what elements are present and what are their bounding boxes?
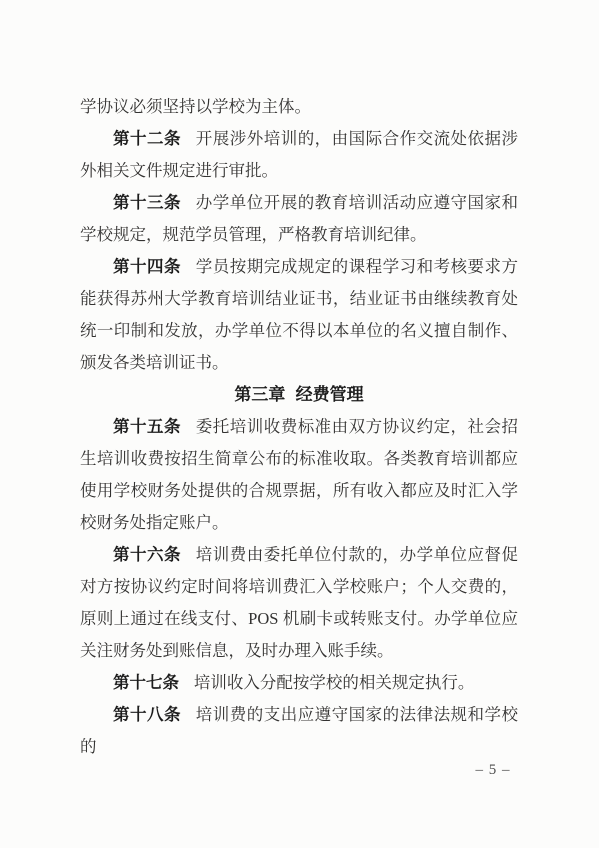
article-16-number: 第十六条 bbox=[113, 545, 181, 564]
article-17-text: 培训收入分配按学校的相关规定执行。 bbox=[194, 673, 475, 692]
article-14-number: 第十四条 bbox=[113, 257, 181, 276]
article-15-number: 第十五条 bbox=[113, 417, 181, 436]
article-18-paragraph: 第十八条培训费的支出应遵守国家的法律法规和学校的 bbox=[80, 699, 518, 763]
chapter-heading: 第三章经费管理 bbox=[80, 379, 518, 411]
article-12-number: 第十二条 bbox=[113, 129, 181, 148]
article-17-number: 第十七条 bbox=[113, 673, 179, 692]
chapter-number: 第三章 bbox=[234, 385, 285, 404]
article-13-paragraph: 第十三条办学单位开展的教育培训活动应遵守国家和学校规定，规范学员管理，严格教育培… bbox=[80, 187, 518, 251]
document-body: 学协议必须坚持以学校为主体。 第十二条开展涉外培训的，由国际合作交流处依据涉外相… bbox=[80, 91, 518, 763]
article-17-paragraph: 第十七条培训收入分配按学校的相关规定执行。 bbox=[80, 667, 518, 699]
page-number: – 5 – bbox=[448, 757, 538, 783]
article-16-paragraph: 第十六条培训费由委托单位付款的，办学单位应督促对方按协议约定时间将培训费汇入学校… bbox=[80, 539, 518, 667]
document-page: 学协议必须坚持以学校为主体。 第十二条开展涉外培训的，由国际合作交流处依据涉外相… bbox=[0, 0, 599, 848]
article-18-number: 第十八条 bbox=[113, 705, 181, 724]
article-14-paragraph: 第十四条学员按期完成规定的课程学习和考核要求方能获得苏州大学教育培训结业证书，结… bbox=[80, 251, 518, 379]
continuation-paragraph: 学协议必须坚持以学校为主体。 bbox=[80, 91, 518, 123]
article-15-paragraph: 第十五条委托培训收费标准由双方协议约定，社会招生培训收费按招生简章公布的标准收取… bbox=[80, 411, 518, 539]
article-13-number: 第十三条 bbox=[113, 193, 181, 212]
article-12-paragraph: 第十二条开展涉外培训的，由国际合作交流处依据涉外相关文件规定进行审批。 bbox=[80, 123, 518, 187]
chapter-title: 经费管理 bbox=[296, 385, 364, 404]
